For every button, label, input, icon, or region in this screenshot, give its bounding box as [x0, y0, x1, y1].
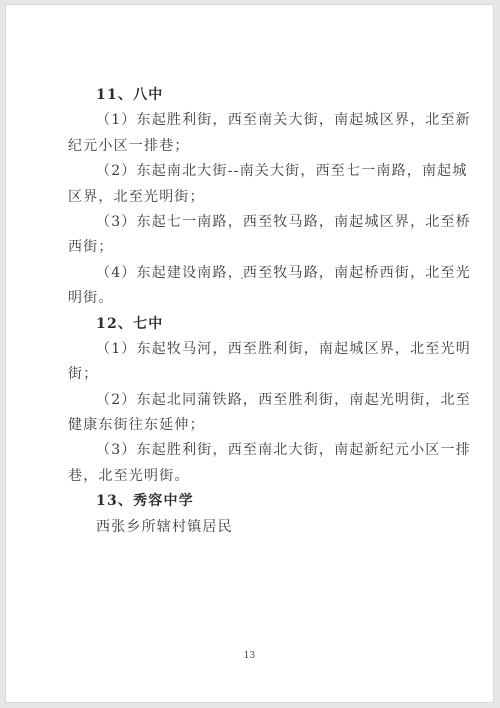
paragraph-line: 西张乡所辖村镇居民: [68, 515, 428, 540]
paragraph-line: 街；: [68, 362, 428, 387]
paragraph-line: 西街；: [68, 235, 428, 260]
document-body: 11、八中 （1）东起胜利街，西至南关大街，南起城区界，北至新 纪元小区一排巷；…: [68, 83, 428, 540]
section-heading-11: 11、八中: [68, 83, 428, 108]
page-number: 13: [6, 651, 493, 661]
section-heading-13: 13、秀容中学: [68, 489, 428, 514]
paragraph-line: 健康东街往东延伸；: [68, 413, 428, 438]
paragraph-line: 明街。: [68, 286, 428, 311]
paragraph-line: （1）东起胜利街，西至南关大街，南起城区界，北至新: [68, 108, 428, 133]
paragraph-line: （1）东起牧马河，西至胜利街，南起城区界，北至光明: [68, 337, 428, 362]
paragraph-line: （3）东起七一南路，西至牧马路，南起城区界，北至桥: [68, 210, 428, 235]
paragraph-line: （4）东起建设南路，西至牧马路，南起桥西街，北至光: [68, 261, 428, 286]
section-heading-12: 12、七中: [68, 312, 428, 337]
scan-speck: [241, 277, 243, 279]
paragraph-line: （2）东起北同蒲铁路，西至胜利街，南起光明街，北至: [68, 388, 428, 413]
paragraph-line: 区界，北至光明街；: [68, 185, 428, 210]
paragraph-line: 纪元小区一排巷；: [68, 134, 428, 159]
paragraph-line: 巷，北至光明街。: [68, 464, 428, 489]
paragraph-line: （2）东起南北大街--南关大街，西至七一南路，南起城: [68, 159, 428, 184]
paragraph-line: （3）东起胜利街，西至南北大街，南起新纪元小区一排: [68, 438, 428, 463]
document-page: 11、八中 （1）东起胜利街，西至南关大街，南起城区界，北至新 纪元小区一排巷；…: [6, 5, 493, 702]
